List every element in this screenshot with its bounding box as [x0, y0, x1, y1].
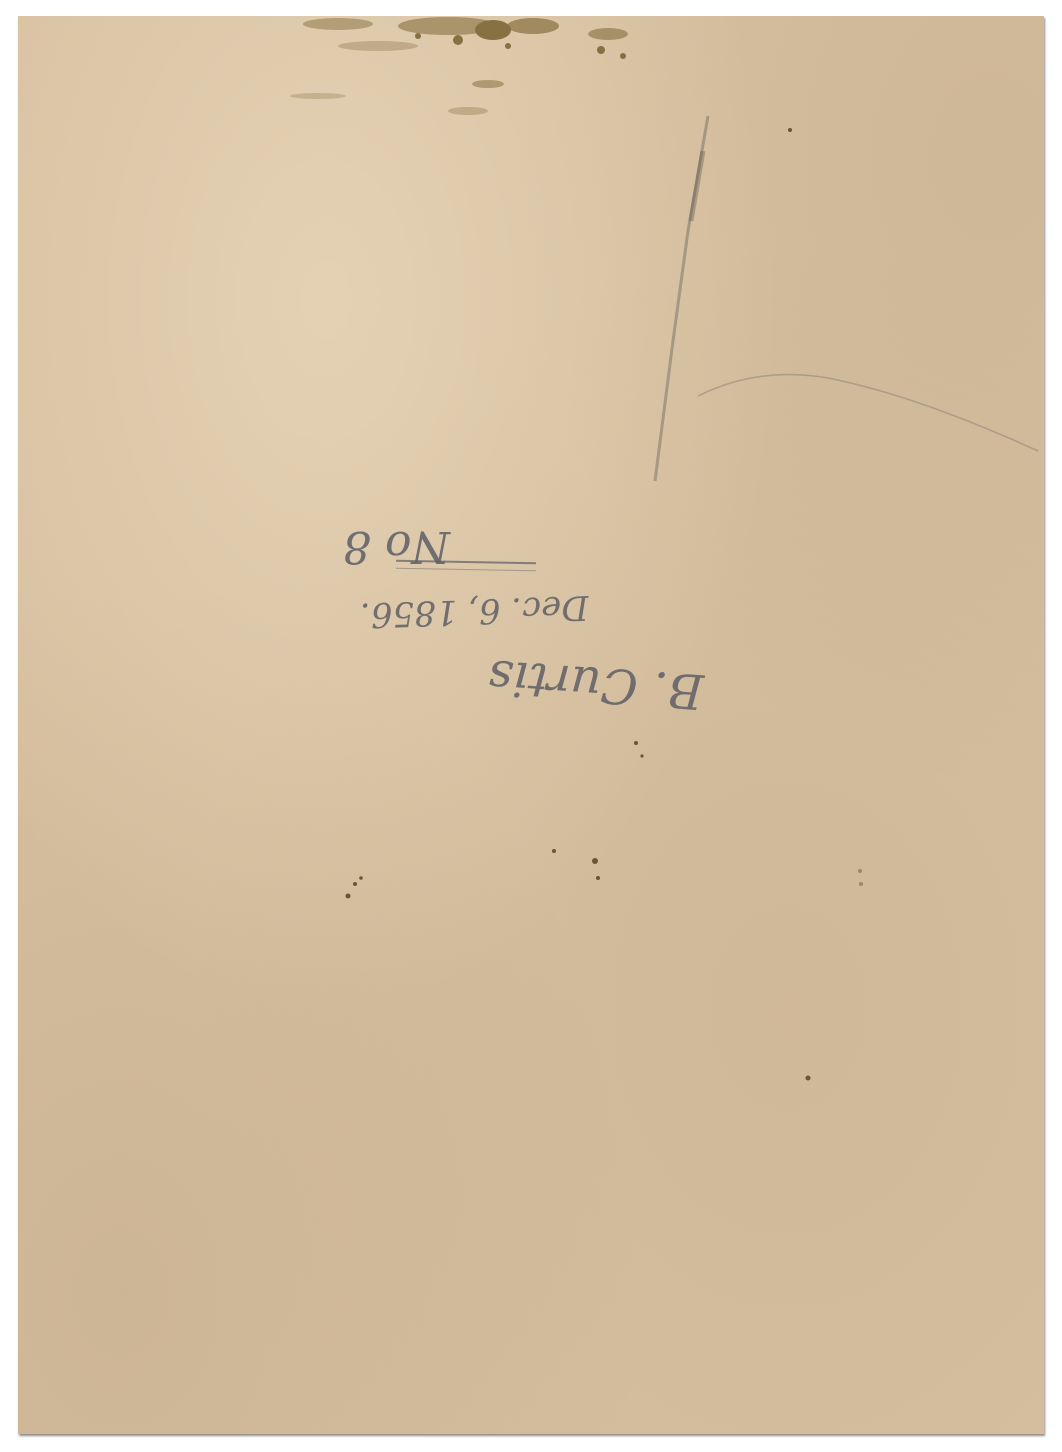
paper-sheet: No 8 Dec. 6, 1856. B. Curtis — [18, 16, 1044, 1434]
signature: B. Curtis — [486, 649, 705, 720]
pencil-inscriptions: No 8 Dec. 6, 1856. B. Curtis — [18, 16, 1044, 1434]
inscription-date: Dec. 6, 1856. — [359, 587, 589, 635]
